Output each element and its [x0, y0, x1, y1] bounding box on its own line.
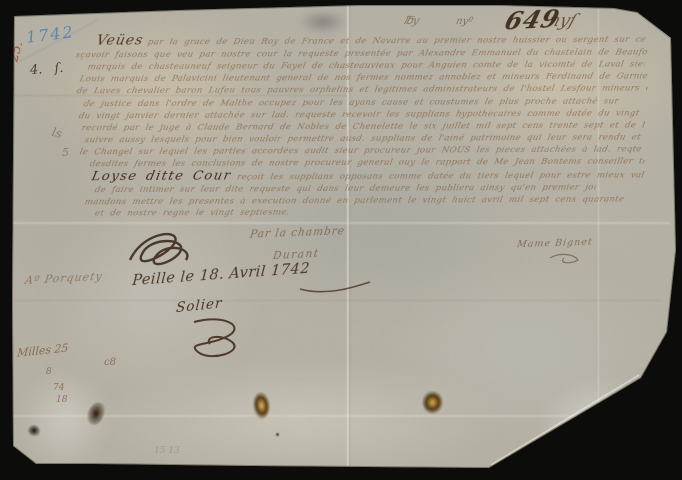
manuscript-line: le Changel sur lequel les parties accord…	[79, 145, 646, 158]
margin-mark: ls	[50, 125, 63, 141]
bottom-mark-c8: c8	[104, 357, 116, 368]
ink-dot	[276, 433, 279, 436]
seal-date-line: Peille le 18. Avril 1742	[132, 261, 311, 290]
manuscript-line: recordé par le juge à Claude Bernard de …	[81, 121, 646, 134]
manuscript-line: Veüespar la grace de Dieu Roy de France …	[95, 30, 650, 49]
archival-number-red: 25.	[6, 40, 26, 64]
manuscript-line: de Laves chevalier baron Lufeu tous pauv…	[76, 84, 649, 97]
margin-mark: 5	[62, 146, 69, 159]
signature-chamber: Par la chambre	[249, 225, 346, 240]
signature-bignet: Mame Bignet	[516, 237, 593, 251]
bottom-number: 74	[53, 383, 64, 393]
archival-mark-black: 4. ſ.	[30, 61, 64, 78]
parchment-sheet: 1742 25. 4. ſ. ls 5 ℔y nyº 649 nyſ Veües…	[0, 0, 682, 480]
manuscript-line: de justice dans l'ordre de Malthe occupe…	[83, 97, 626, 110]
manuscript-line: de faire intimer sur leur dite requeste …	[94, 183, 597, 196]
manuscript-line: et de nostre regne le vingt septiesme.	[94, 207, 376, 218]
header-notarial-mark: nyº	[455, 16, 475, 27]
manuscript-line: sçavoir faisons que veu par nostre cour …	[75, 48, 650, 61]
manuscript-line: mandons mettre les presentes à execution…	[84, 195, 632, 208]
bottom-mark-milles: Milles 25	[17, 341, 69, 360]
header-notarial-mark: nyſ	[546, 11, 579, 31]
manuscript-line: Louis marquis de Palavicini lieutenant g…	[79, 72, 650, 85]
signature-durant: Durant	[272, 248, 320, 263]
faint-number: 15 13	[154, 446, 180, 456]
header-notarial-mark: ℔y	[402, 14, 421, 27]
manuscript-emphasis-words: Loyse ditte Cour	[90, 169, 233, 185]
scan-background: 1742 25. 4. ſ. ls 5 ℔y nyº 649 nyſ Veües…	[0, 0, 682, 480]
ink-stain	[28, 425, 40, 436]
manuscript-line: suivre aussy lesquels pour bien vouloir …	[84, 133, 645, 146]
bottom-number: 18	[56, 395, 67, 405]
manuscript-line-emphasis: Loyse ditte Courreçoit les supplians opp…	[90, 167, 646, 185]
archival-year-blue: 1742	[25, 22, 76, 47]
manuscript-initial: Veües	[95, 32, 145, 48]
signature-solier: Solier	[176, 295, 223, 316]
bottom-number: 8	[46, 367, 52, 377]
manuscript-line: du vingt janvier dernier attachée sur la…	[78, 109, 647, 122]
manuscript-line: marquis de chasteauneuf seigneur du Faye…	[87, 60, 646, 73]
signature-porquety: Aº Porquety	[24, 270, 104, 287]
